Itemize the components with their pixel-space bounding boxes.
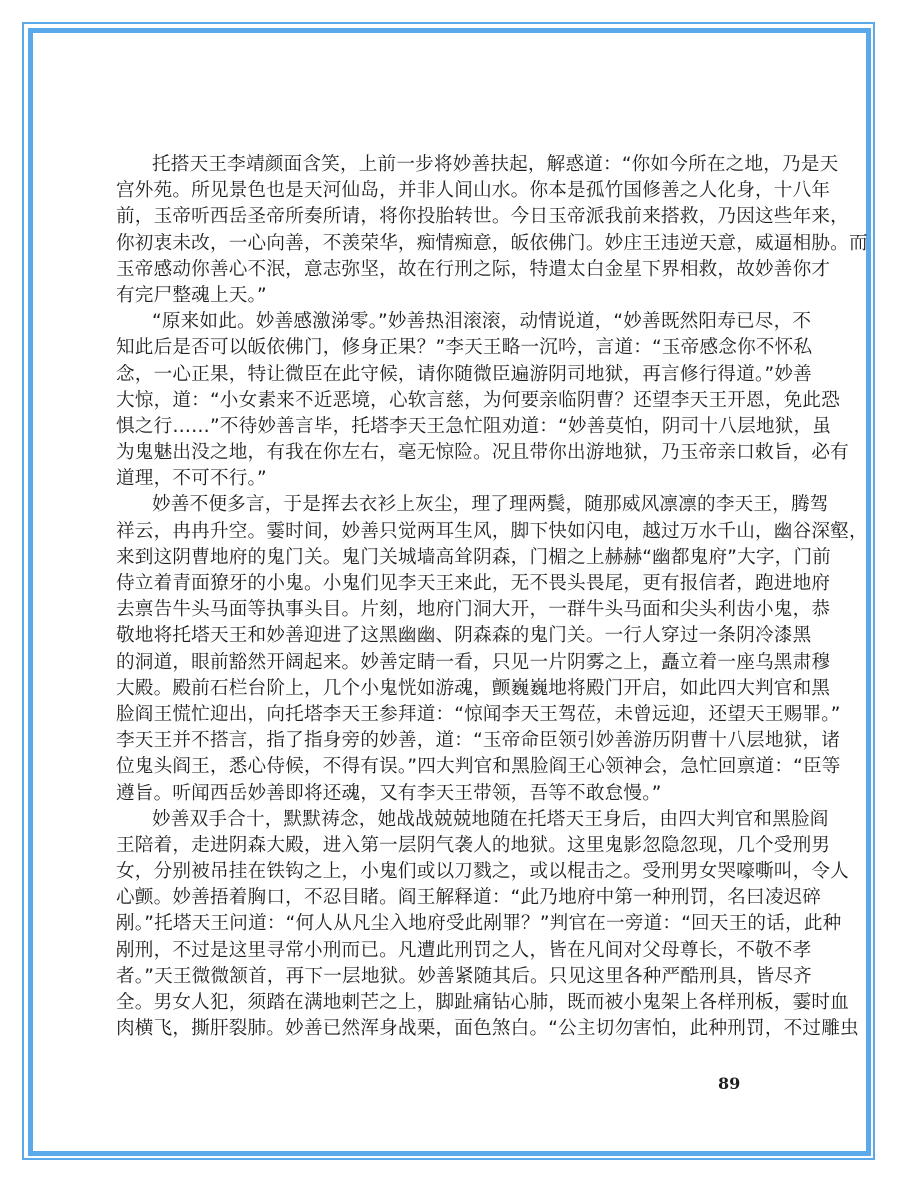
text-line: 有完尸整魂上天。”	[116, 283, 758, 309]
text-line: “原来如此。妙善感激涕零。”妙善热泪滚滚，动情说道，“妙善既然阳寿已尽，不	[116, 309, 758, 335]
text-line: 位鬼头阎王，悉心侍候，不得有误。”四大判官和黑脸阎王心领神会，急忙回禀道：“臣等	[116, 754, 758, 780]
text-line: 你初衷未改，一心向善，不羡荣华，痴情痴意，皈依佛门。妙庄王违逆天意，威逼相胁。而	[116, 231, 758, 257]
text-line: 敬地将托塔天王和妙善迎进了这黑幽幽、阴森森的鬼门关。一行人穿过一条阴冷漆黑	[116, 623, 758, 649]
text-line: 玉帝感动你善心不泯，意志弥坚，故在行刑之际，特遣太白金星下界相救，故妙善你才	[116, 257, 758, 283]
text-line: 道理，不可不行。”	[116, 466, 758, 492]
text-line: 全。男女人犯，须踏在满地刺芒之上，脚趾痛钻心肺，既而被小鬼架上各样刑板，霎时血	[116, 990, 758, 1016]
text-line: 知此后是否可以皈依佛门，修身正果？”李天王略一沉吟，言道：“玉帝感念你不怀私	[116, 335, 758, 361]
text-line: 脸阎王慌忙迎出，向托塔李天王参拜道：“惊闻李天王驾莅，未曾远迎，还望天王赐罪。”	[116, 702, 758, 728]
page-number: 89	[718, 1074, 740, 1093]
text-line: 侍立着青面獠牙的小鬼。小鬼们见李天王来此，无不畏头畏尾，更有报信者，跑进地府	[116, 571, 758, 597]
text-line: 来到这阴曹地府的鬼门关。鬼门关城墙高耸阴森，门楣之上赫赫“幽都鬼府”大字，门前	[116, 545, 758, 571]
text-line: 大殿。殿前石栏台阶上，几个小鬼恍如游魂，颤巍巍地将殿门开启，如此四大判官和黑	[116, 676, 758, 702]
text-line: 的洞道，眼前豁然开阔起来。妙善定睛一看，只见一片阴雾之上，矗立着一座乌黑肃穆	[116, 650, 758, 676]
text-line: 祥云，冉冉升空。霎时间，妙善只觉两耳生风，脚下快如闪电，越过万水千山，幽谷深壑，	[116, 519, 758, 545]
text-line: 前，玉帝听西岳圣帝所奏所请，将你投胎转世。今日玉帝派我前来搭救，乃因这些年来，	[116, 204, 758, 230]
text-line: 肉横飞，撕肝裂肺。妙善已然浑身战栗，面色煞白。“公主切勿害怕，此种刑罚，不过雕虫	[116, 1016, 758, 1042]
text-line: 者。”天王微微颔首，再下一层地狱。妙善紧随其后。只见这里各种严酷刑具，皆尽齐	[116, 964, 758, 990]
text-line: 女，分别被吊挂在铁钩之上，小鬼们或以刀戮之，或以棍击之。受刑男女哭嚎嘶叫，令人	[116, 859, 758, 885]
text-line: 宫外苑。所见景色也是天河仙岛，并非人间山水。你本是孤竹国修善之人化身，十八年	[116, 178, 758, 204]
text-line: 托搭天王李靖颜面含笑，上前一步将妙善扶起，解惑道：“你如今所在之地，乃是天	[116, 152, 758, 178]
text-line: 妙善不便多言，于是挥去衣衫上灰尘，理了理两鬓，随那威风凛凛的李天王，腾驾	[116, 492, 758, 518]
text-line: 念，一心正果，特让微臣在此守候，请你随微臣遍游阴司地狱，再言修行得道。”妙善	[116, 362, 758, 388]
text-line: 王陪着，走进阴森大殿，进入第一层阴气袭人的地狱。这里鬼影忽隐忽现，几个受刑男	[116, 833, 758, 859]
body-text: 托搭天王李靖颜面含笑，上前一步将妙善扶起，解惑道：“你如今所在之地，乃是天宫外苑…	[116, 152, 758, 1042]
text-line: 去禀告牛头马面等执事头目。片刻，地府门洞大开，一群牛头马面和尖头利齿小鬼，恭	[116, 597, 758, 623]
text-line: 剐刑，不过是这里寻常小刑而已。凡遭此刑罚之人，皆在凡间对父母尊长，不敬不孝	[116, 938, 758, 964]
text-line: 为鬼魅出没之地，有我在你左右，毫无惊险。况且带你出游地狱，乃玉帝亲口敕旨，必有	[116, 440, 758, 466]
text-line: 遵旨。听闻西岳妙善即将还魂，又有李天王带领，吾等不敢怠慢。”	[116, 781, 758, 807]
text-line: 大惊，道：“小女素来不近恶境，心软言慈，为何要亲临阴曹？还望李天王开恩，免此恐	[116, 388, 758, 414]
text-line: 李天王并不搭言，指了指身旁的妙善，道：“玉帝命臣领引妙善游历阴曹十八层地狱，诸	[116, 728, 758, 754]
text-line: 惧之行……”不待妙善言毕，托塔李天王急忙阻劝道：“妙善莫怕，阴司十八层地狱，虽	[116, 414, 758, 440]
text-line: 剐。”托塔天王问道：“何人从凡尘入地府受此剐罪？”判官在一旁道：“回天王的话，此…	[116, 911, 758, 937]
text-line: 妙善双手合十，默默祷念，她战战兢兢地随在托塔天王身后，由四大判官和黑脸阎	[116, 807, 758, 833]
text-line: 心颤。妙善捂着胸口，不忍目睹。阎王解释道：“此乃地府中第一种刑罚，名曰凌迟碎	[116, 885, 758, 911]
